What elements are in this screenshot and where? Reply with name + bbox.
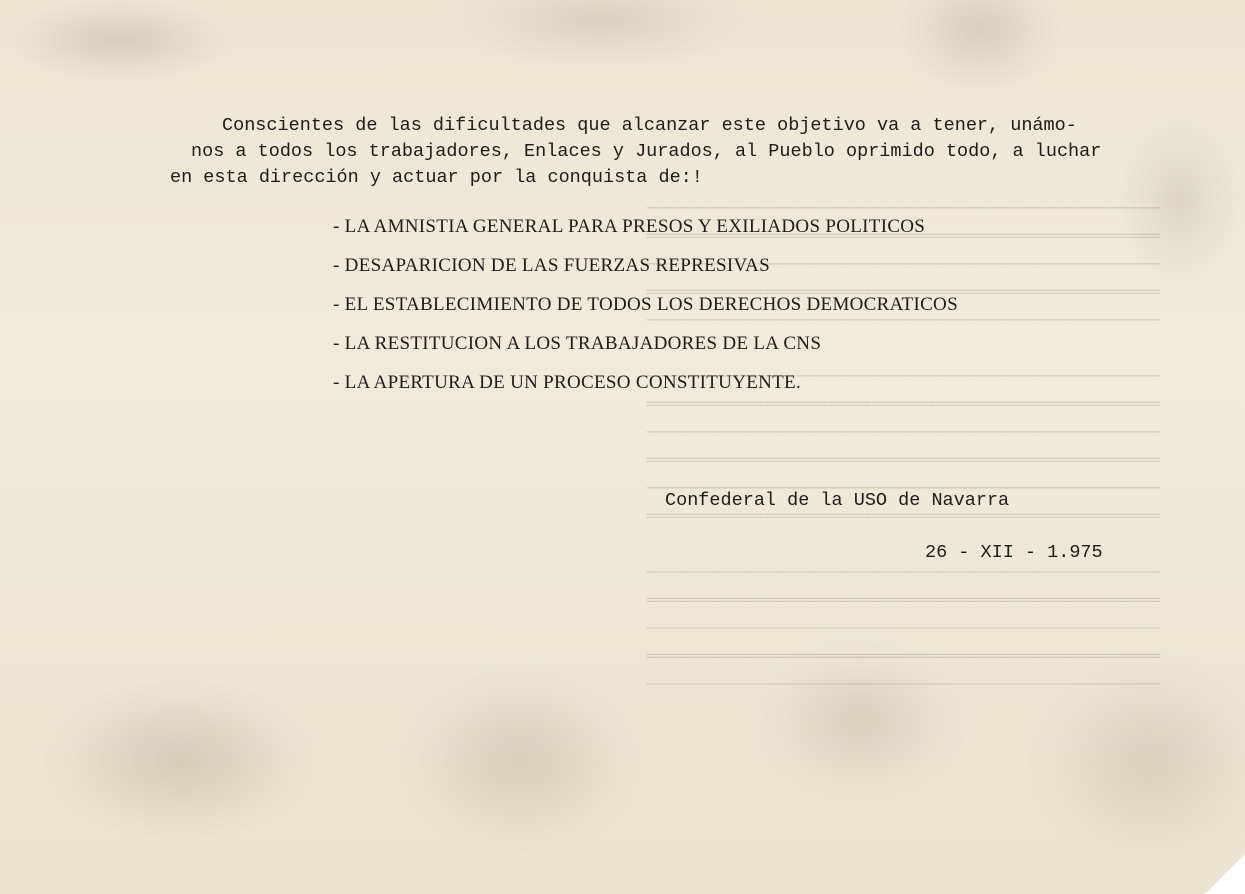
demand-item: - EL ESTABLECIMIENTO DE TODOS LOS DERECH… bbox=[333, 292, 958, 331]
demand-item: - LA RESTITUCION A LOS TRABAJADORES DE L… bbox=[333, 331, 958, 370]
demand-item: - DESAPARICION DE LAS FUERZAS REPRESIVAS bbox=[333, 253, 958, 292]
demand-item: - LA APERTURA DE UN PROCESO CONSTITUYENT… bbox=[333, 370, 958, 409]
demand-item: - LA AMNISTIA GENERAL PARA PRESOS Y EXIL… bbox=[333, 214, 958, 253]
demands-list: - LA AMNISTIA GENERAL PARA PRESOS Y EXIL… bbox=[333, 214, 958, 409]
signature: Confederal de la USO de Navarra bbox=[665, 490, 1009, 511]
document-date: 26 - XII - 1.975 bbox=[925, 542, 1103, 563]
paragraph-line: en esta dirección y actuar por la conqui… bbox=[170, 165, 1200, 191]
intro-paragraph: Conscientes de las dificultades que alca… bbox=[170, 113, 1200, 191]
paragraph-line: Conscientes de las dificultades que alca… bbox=[170, 113, 1200, 139]
paragraph-line: nos a todos los trabajadores, Enlaces y … bbox=[170, 139, 1200, 165]
